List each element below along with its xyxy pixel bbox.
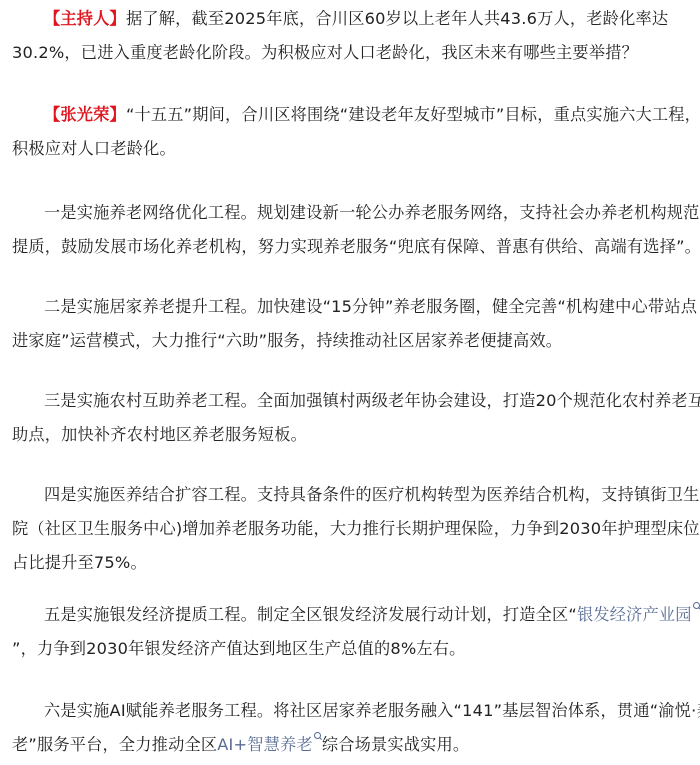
guest-answer: 【张光荣】“十五五”期间，合川区将围绕“建设老年友好型城市”目标，重点实施六大工… (12, 98, 692, 166)
measure-5: 五是实施银发经济提质工程。制定全区银发经济发展行动计划，打造全区“银发经济产业园… (12, 598, 692, 666)
measure-text: 六是实施AI赋能养老服务工程。将社区居家养老服务融入“141”基层智治体系，贯通… (44, 701, 700, 720)
measure-4: 四是实施医养结合扩容工程。支持具备条件的医疗机构转型为医养结合机构，支持镇街卫生… (12, 478, 692, 580)
article-body: 【主持人】据了解，截至2025年底，合川区60岁以上老年人共43.6万人，老龄化… (0, 0, 700, 765)
measure-3: 三是实施农村互助养老工程。全面加强镇村两级老年协会建设，打造20个规范化农村养老… (12, 384, 692, 452)
text-line: 三是实施农村互助养老工程。全面加强镇村两级老年协会建设，打造20个规范化农村养老… (12, 384, 692, 418)
measure-text: 一是实施养老网络优化工程。规划建设新一轮公办养老服务网络，支持社会办养老机构规范 (44, 203, 700, 222)
text-line: 老”服务平台，全力推动全区AI+智慧养老综合场景实战实用。 (12, 728, 692, 762)
text-line: 30.2%，已进入重度老龄化阶段。为积极应对人口老龄化，我区未来有哪些主要举措？ (12, 36, 692, 70)
question-text: 据了解，截至2025年底，合川区60岁以上老年人共43.6万人，老龄化率达 (126, 9, 668, 28)
text-line: 二是实施居家养老提升工程。加快建设“15分钟”养老服务圈，健全完善“机构建中心带… (12, 290, 692, 324)
text-line: 【主持人】据了解，截至2025年底，合川区60岁以上老年人共43.6万人，老龄化… (12, 2, 692, 36)
measure-1: 一是实施养老网络优化工程。规划建设新一轮公办养老服务网络，支持社会办养老机构规范… (12, 196, 692, 264)
answer-text: “十五五”期间，合川区将围绕“建设老年友好型城市”目标，重点实施六大工程， (126, 105, 700, 124)
measure-text: 二是实施居家养老提升工程。加快建设“15分钟”养老服务圈，健全完善“机构建中心带… (44, 297, 697, 316)
host-question: 【主持人】据了解，截至2025年底，合川区60岁以上老年人共43.6万人，老龄化… (12, 2, 692, 70)
text-line: ”，力争到2030年银发经济产值达到地区生产总值的8%左右。 (12, 632, 692, 666)
search-icon[interactable] (313, 732, 322, 744)
text-line: 积极应对人口老龄化。 (12, 132, 692, 166)
measure-6: 六是实施AI赋能养老服务工程。将社区居家养老服务融入“141”基层智治体系，贯通… (12, 694, 692, 762)
search-icon[interactable] (692, 602, 700, 614)
guest-speaker-label: 【张光荣】 (44, 105, 126, 124)
silver-economy-park-link[interactable]: 银发经济产业园 (577, 605, 692, 624)
ai-smart-eldercare-link[interactable]: AI+智慧养老 (217, 735, 313, 754)
text-line: 助点，加快补齐农村地区养老服务短板。 (12, 418, 692, 452)
text-line: 一是实施养老网络优化工程。规划建设新一轮公办养老服务网络，支持社会办养老机构规范 (12, 196, 692, 230)
text-line: 进家庭”运营模式，大力推行“六助”服务，持续推动社区居家养老便捷高效。 (12, 324, 692, 358)
measure-text: 四是实施医养结合扩容工程。支持具备条件的医疗机构转型为医养结合机构，支持镇街卫生 (44, 485, 700, 504)
text-line: 四是实施医养结合扩容工程。支持具备条件的医疗机构转型为医养结合机构，支持镇街卫生 (12, 478, 692, 512)
text-line: 提质，鼓励发展市场化养老机构，努力实现养老服务“兜底有保障、普惠有供给、高端有选… (12, 230, 692, 264)
host-speaker-label: 【主持人】 (44, 9, 126, 28)
measure-text: 五是实施银发经济提质工程。制定全区银发经济发展行动计划，打造全区“ (44, 605, 577, 624)
measure-text: 老”服务平台，全力推动全区 (12, 735, 217, 754)
measure-2: 二是实施居家养老提升工程。加快建设“15分钟”养老服务圈，健全完善“机构建中心带… (12, 290, 692, 358)
text-line: 【张光荣】“十五五”期间，合川区将围绕“建设老年友好型城市”目标，重点实施六大工… (12, 98, 692, 132)
measure-text: 综合场景实战实用。 (322, 735, 470, 754)
measure-text: 三是实施农村互助养老工程。全面加强镇村两级老年协会建设，打造20个规范化农村养老… (44, 391, 700, 410)
text-line: 院（社区卫生服务中心)增加养老服务功能，大力推行长期护理保险，力争到2030年护… (12, 512, 692, 546)
text-line: 六是实施AI赋能养老服务工程。将社区居家养老服务融入“141”基层智治体系，贯通… (12, 694, 692, 728)
text-line: 五是实施银发经济提质工程。制定全区银发经济发展行动计划，打造全区“银发经济产业园 (12, 598, 692, 632)
text-line: 占比提升至75%。 (12, 546, 692, 580)
